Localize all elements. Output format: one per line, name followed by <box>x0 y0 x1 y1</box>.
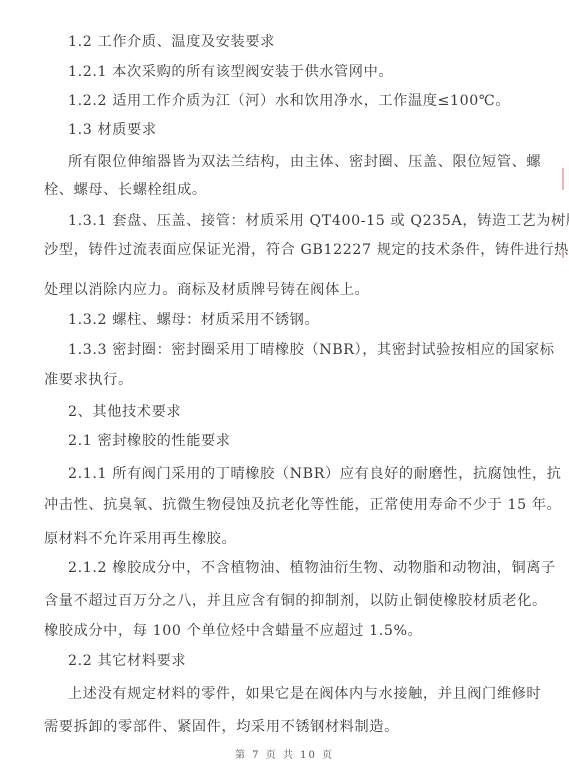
paragraph-1-3-intro-cont: 栓、螺母、长螺栓组成。 <box>44 181 207 199</box>
heading-2: 2、其他技术要求 <box>68 403 181 421</box>
paragraph-2-1-1-cont-2: 原材料不允许采用再生橡胶。 <box>44 530 236 548</box>
paragraph-1-2-2: 1.2.2 适用工作介质为江（河）水和饮用净水，工作温度≤100℃。 <box>68 92 510 110</box>
heading-1-2: 1.2 工作介质、温度及安装要求 <box>68 33 275 51</box>
seal-edge-mark <box>562 168 564 190</box>
paragraph-1-3-intro: 所有限位伸缩器皆为双法兰结构，由主体、密封圈、压盖、限位短管、螺 <box>68 153 520 171</box>
seal-edge-mark <box>562 250 564 258</box>
paragraph-1-3-2: 1.3.2 螺柱、螺母：材质采用不锈钢。 <box>68 311 319 329</box>
paragraph-2-1-2-cont-2: 橡胶成分中，每 100 个单位烃中含蜡量不应超过 1.5%。 <box>44 622 422 640</box>
paragraph-2-2-cont: 需要拆卸的零部件、紧固件，均采用不锈钢材料制造。 <box>44 718 399 736</box>
paragraph-1-3-3: 1.3.3 密封圈：密封圈采用丁晴橡胶（NBR），其密封试验按相应的国家标 <box>68 341 520 359</box>
paragraph-2-1-1: 2.1.1 所有阀门采用的丁晴橡胶（NBR）应有良好的耐磨性，抗腐蚀性，抗 <box>68 465 520 483</box>
paragraph-1-3-1: 1.3.1 套盘、压盖、接管：材质采用 QT400-15 或 Q235A，铸造工… <box>68 212 520 230</box>
paragraph-2-1-2: 2.1.2 橡胶成分中，不含植物油、植物油衍生物、动物脂和动物油，铜离子 <box>68 559 520 577</box>
paragraph-1-3-3-cont: 准要求执行。 <box>44 371 133 389</box>
heading-2-1: 2.1 密封橡胶的性能要求 <box>68 432 231 450</box>
paragraph-1-3-1-cont-1: 沙型，铸件过流表面应保证光滑，符合 GB12227 规定的技术条件，铸件进行热 <box>44 241 520 259</box>
paragraph-2-1-1-cont-1: 冲击性、抗臭氧、抗微生物侵蚀及抗老化等性能，正常使用寿命不少于 15 年。 <box>44 496 520 514</box>
paragraph-2-1-2-cont-1: 含量不超过百万分之八，并且应含有铜的抑制剂，以防止铜使橡胶材质老化。 <box>44 592 520 610</box>
heading-2-2: 2.2 其它材料要求 <box>68 652 186 670</box>
paragraph-1-3-1-cont-2: 处理以消除内应力。商标及材质牌号铸在阀体上。 <box>44 281 369 299</box>
paragraph-2-2: 上述没有规定材料的零件，如果它是在阀体内与水接触，并且阀门维修时 <box>68 685 520 703</box>
page-footer: 第 7 页 共 10 页 <box>0 746 569 761</box>
paragraph-1-2-1: 1.2.1 本次采购的所有该型阀安装于供水管网中。 <box>68 63 393 81</box>
heading-1-3: 1.3 材质要求 <box>68 121 157 139</box>
